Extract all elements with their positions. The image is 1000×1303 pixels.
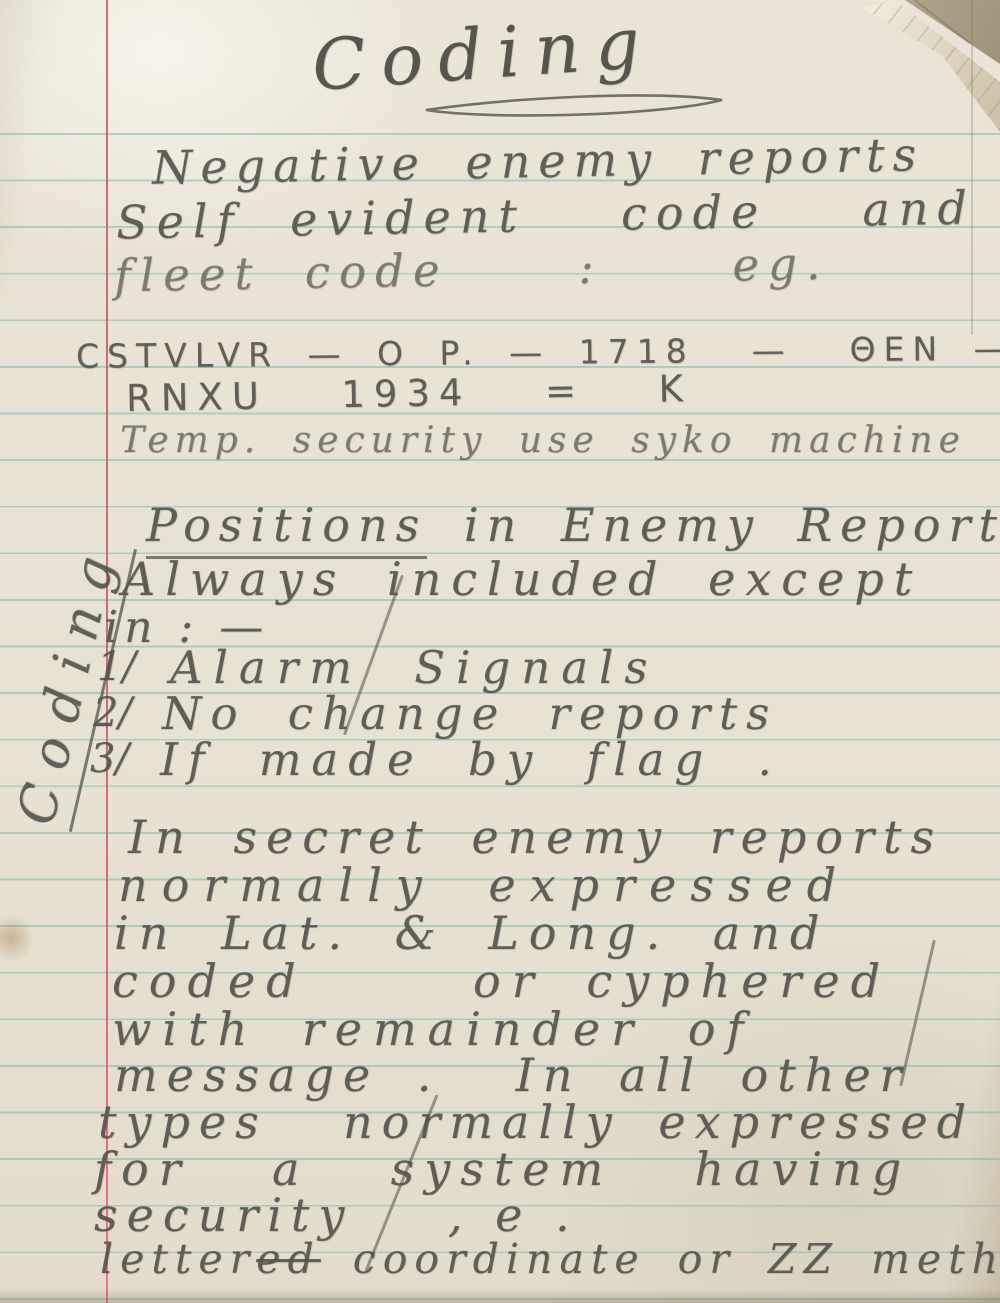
list-item-3-text: If made by flag .	[160, 735, 782, 785]
code-line-1: CSTVLVR — O P. — 1718 — ΘEN — 13 —	[76, 329, 1000, 375]
list-item-1-text: Alarm Signals	[170, 643, 659, 693]
positions-heading: Positions in Enemy Reports —	[146, 500, 1000, 551]
intro-line-3: fleet code : eg.	[114, 239, 830, 301]
intro-line-2: Self evident code and	[116, 183, 977, 249]
body-line-6: message . In all other	[114, 1050, 911, 1101]
body-line-4: coded or cyphered	[112, 956, 891, 1007]
last-line-pre: letter	[100, 1235, 256, 1283]
body-line-5: with remainder of	[112, 1004, 754, 1055]
page-title: Coding	[310, 4, 657, 105]
body-line-7: types normally expressed	[98, 1097, 975, 1148]
body-line-1: In secret enemy reports	[128, 812, 943, 863]
positions-heading-rest: in Enemy Reports —	[427, 498, 1000, 552]
last-line-struck: ed	[256, 1235, 321, 1283]
page-bottom-shadow	[0, 1289, 1000, 1303]
code-note: Temp. security use syko machine .	[120, 421, 1000, 461]
body-line-3: in Lat. & Long. and	[114, 908, 829, 959]
body-line-2: normally expressed	[118, 860, 850, 911]
positions-heading-underlined-word: Positions	[146, 498, 427, 559]
list-item-2-text: No change reports	[162, 689, 778, 739]
list-item-1-number: 1/	[97, 645, 136, 689]
last-line: lettered coordinate or ZZ method	[100, 1237, 1000, 1282]
list-item-2-number: 2/	[93, 691, 132, 735]
under-page-edge	[971, 0, 973, 335]
notebook-page: Coding Coding Negative enemy reports Sel…	[0, 0, 1000, 1303]
code-line-2: RNXU 1934 = K	[126, 369, 692, 420]
body-line-9: security , e .	[94, 1190, 579, 1241]
list-item-3-number: 3/	[90, 737, 129, 781]
body-line-8: for a system having	[94, 1144, 911, 1195]
last-line-rest: coordinate or ZZ method	[321, 1235, 1000, 1283]
positions-subline-1: Always included except	[122, 554, 922, 605]
